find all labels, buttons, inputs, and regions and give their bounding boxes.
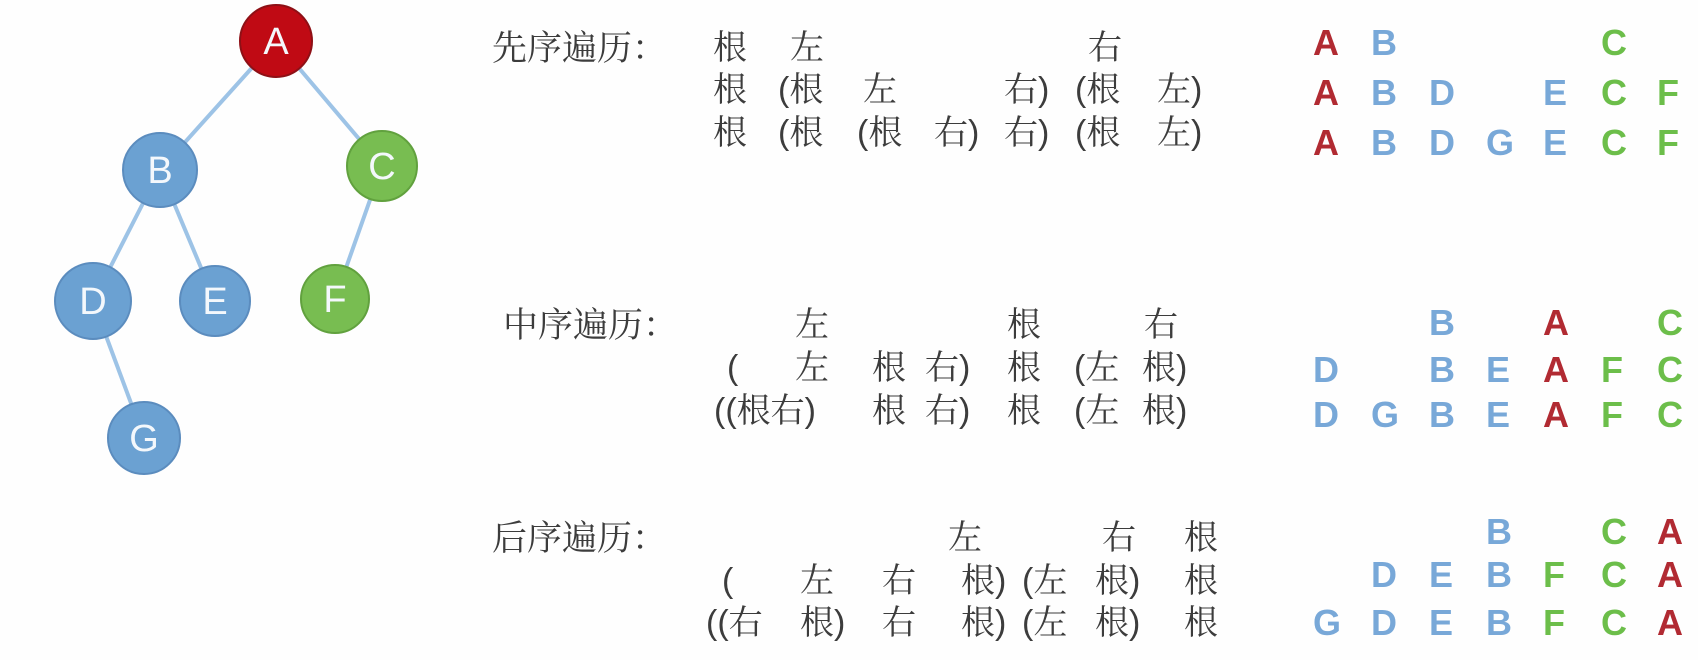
- annotation-token: 左: [800, 564, 834, 598]
- annotation-token: 左: [795, 351, 829, 385]
- annotation-token: 根: [872, 394, 906, 428]
- traversal-letter: F: [1543, 557, 1565, 593]
- traversal-letter: D: [1429, 75, 1455, 111]
- annotation-token: 根: [713, 73, 747, 107]
- annotation-token: (左: [1022, 564, 1067, 598]
- annotation-token: 根: [713, 31, 747, 65]
- traversal-letter: B: [1371, 75, 1397, 111]
- annotation-token: ((右: [706, 606, 763, 640]
- traversal-letter: B: [1371, 125, 1397, 161]
- section-label: 中序遍历：: [503, 308, 678, 343]
- traversal-letter: E: [1486, 352, 1510, 388]
- traversal-letter: E: [1429, 605, 1453, 641]
- traversal-letter: B: [1429, 352, 1455, 388]
- traversal-letter: C: [1601, 605, 1627, 641]
- traversal-letter: E: [1486, 397, 1510, 433]
- traversal-letter: F: [1657, 75, 1679, 111]
- traversal-letter: B: [1486, 514, 1512, 550]
- traversal-letter: A: [1543, 352, 1569, 388]
- annotation-token: 右: [882, 564, 916, 598]
- traversal-letter: B: [1429, 397, 1455, 433]
- traversal-letter: A: [1543, 397, 1569, 433]
- traversal-sections: 先序遍历：根左右根(根左右)(根左)根(根(根右)右)(根左)ABCABDECF…: [0, 0, 1698, 660]
- annotation-token: (: [722, 564, 733, 598]
- annotation-token: 左: [948, 521, 982, 555]
- traversal-letter: E: [1429, 557, 1453, 593]
- traversal-letter: C: [1601, 25, 1627, 61]
- annotation-token: (: [727, 351, 738, 385]
- traversal-letter: A: [1543, 305, 1569, 341]
- traversal-letter: F: [1543, 605, 1565, 641]
- traversal-letter: A: [1657, 557, 1683, 593]
- traversal-letter: A: [1313, 75, 1339, 111]
- traversal-letter: D: [1371, 605, 1397, 641]
- traversal-letter: G: [1371, 397, 1399, 433]
- traversal-letter: C: [1657, 305, 1683, 341]
- annotation-token: (根: [1075, 116, 1120, 150]
- traversal-letter: B: [1486, 557, 1512, 593]
- traversal-letter: D: [1429, 125, 1455, 161]
- traversal-letter: A: [1313, 25, 1339, 61]
- annotation-token: (根: [778, 73, 823, 107]
- annotation-token: 右): [934, 116, 979, 150]
- annotation-token: (左: [1022, 606, 1067, 640]
- annotation-token: 根: [713, 116, 747, 150]
- traversal-letter: C: [1601, 514, 1627, 550]
- annotation-token: (根: [1075, 73, 1120, 107]
- traversal-letter: B: [1429, 305, 1455, 341]
- annotation-token: 根): [961, 606, 1006, 640]
- annotation-token: 左: [795, 308, 829, 342]
- traversal-letter: B: [1486, 605, 1512, 641]
- traversal-letter: C: [1657, 397, 1683, 433]
- traversal-letter: B: [1371, 25, 1397, 61]
- annotation-token: 根: [1007, 308, 1041, 342]
- annotation-token: 根: [1184, 564, 1218, 598]
- annotation-token: 根: [1007, 394, 1041, 428]
- annotation-token: 根: [1184, 606, 1218, 640]
- binary-tree-traversal-slide: ABCDEFG 先序遍历：根左右根(根左右)(根左)根(根(根右)右)(根左)A…: [0, 0, 1698, 660]
- annotation-token: 根: [1007, 351, 1041, 385]
- annotation-token: 右: [1088, 31, 1122, 65]
- section-label: 后序遍历：: [492, 521, 667, 556]
- traversal-letter: A: [1657, 605, 1683, 641]
- annotation-token: 根): [1142, 394, 1187, 428]
- traversal-letter: D: [1313, 352, 1339, 388]
- annotation-token: 右: [1102, 521, 1136, 555]
- annotation-token: 根: [872, 351, 906, 385]
- traversal-letter: C: [1657, 352, 1683, 388]
- annotation-token: 右: [882, 606, 916, 640]
- annotation-token: 左: [863, 73, 897, 107]
- annotation-token: 左: [790, 31, 824, 65]
- annotation-token: 根: [1184, 521, 1218, 555]
- traversal-letter: C: [1601, 75, 1627, 111]
- annotation-token: (左: [1074, 351, 1119, 385]
- traversal-letter: C: [1601, 557, 1627, 593]
- annotation-token: (根: [778, 116, 823, 150]
- traversal-letter: E: [1543, 125, 1567, 161]
- annotation-token: 左): [1157, 73, 1202, 107]
- traversal-letter: G: [1486, 125, 1514, 161]
- traversal-letter: D: [1313, 397, 1339, 433]
- traversal-letter: A: [1657, 514, 1683, 550]
- annotation-token: 左): [1157, 116, 1202, 150]
- annotation-token: 根): [1142, 351, 1187, 385]
- traversal-letter: F: [1601, 397, 1623, 433]
- annotation-token: (根: [857, 116, 902, 150]
- traversal-letter: E: [1543, 75, 1567, 111]
- annotation-token: 根): [800, 606, 845, 640]
- traversal-letter: G: [1313, 605, 1341, 641]
- annotation-token: 根): [961, 564, 1006, 598]
- annotation-token: 右: [1144, 308, 1178, 342]
- annotation-token: 根): [1095, 606, 1140, 640]
- traversal-letter: F: [1657, 125, 1679, 161]
- annotation-token: ((根右): [714, 394, 816, 428]
- annotation-token: 根): [1095, 564, 1140, 598]
- traversal-letter: A: [1313, 125, 1339, 161]
- annotation-token: 右): [1004, 73, 1049, 107]
- traversal-letter: F: [1601, 352, 1623, 388]
- section-label: 先序遍历：: [492, 31, 667, 66]
- traversal-letter: D: [1371, 557, 1397, 593]
- annotation-token: 右): [925, 394, 970, 428]
- annotation-token: (左: [1074, 394, 1119, 428]
- annotation-token: 右): [925, 351, 970, 385]
- traversal-letter: C: [1601, 125, 1627, 161]
- annotation-token: 右): [1004, 116, 1049, 150]
